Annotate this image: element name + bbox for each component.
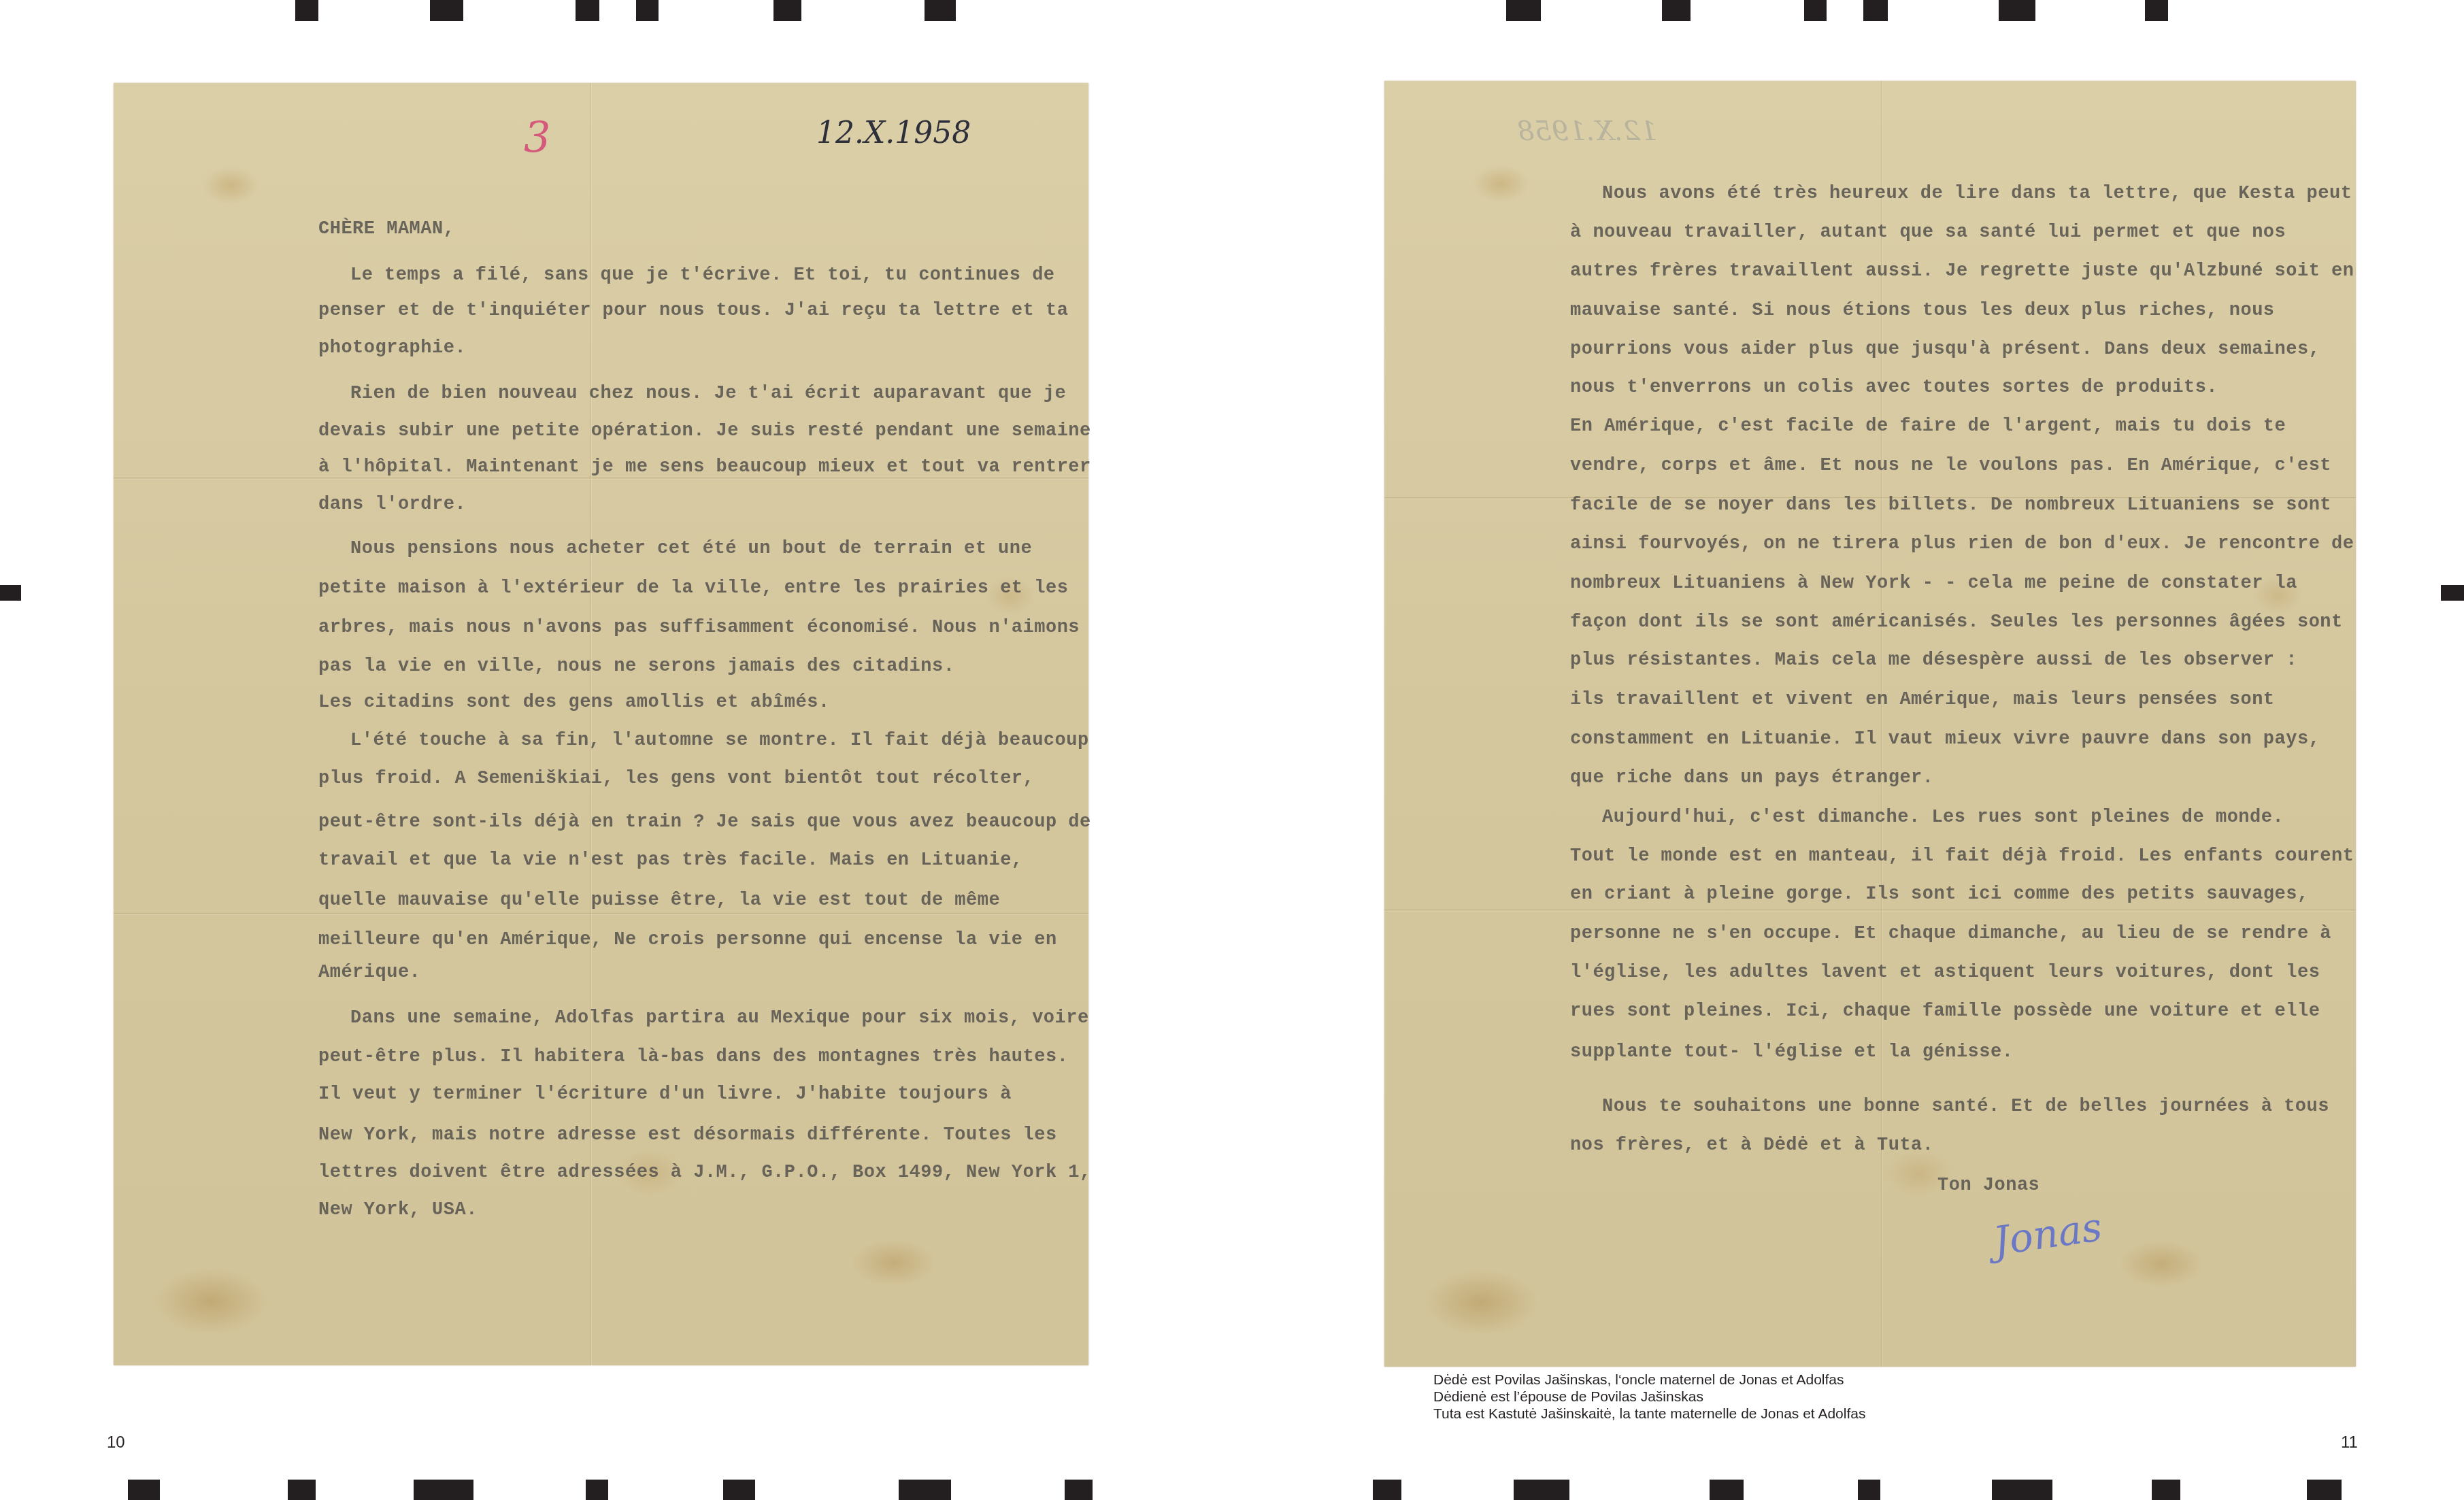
- crop-mark: [128, 1480, 160, 1500]
- crop-mark: [295, 0, 318, 21]
- letter-line: arbres, mais nous n'avons pas suffisamme…: [318, 618, 1080, 638]
- crop-mark: [1662, 0, 1691, 21]
- letter-line: Nous pensions nous acheter cet été un bo…: [350, 539, 1032, 559]
- letter-line: Les citadins sont des gens amollis et ab…: [318, 693, 830, 713]
- letter-line: Le temps a filé, sans que je t'écrive. E…: [350, 265, 1055, 286]
- letter-line: plus résistantes. Mais cela me désespère…: [1570, 650, 2297, 671]
- letter-line: New York, USA.: [318, 1200, 478, 1220]
- letter-line: ainsi fourvoyés, on ne tirera plus rien …: [1570, 534, 2354, 554]
- crop-mark: [2307, 1480, 2342, 1500]
- letter-line: quelle mauvaise qu'elle puisse être, la …: [318, 890, 1000, 911]
- letter-line: personne ne s'en occupe. Et chaque diman…: [1570, 924, 2331, 944]
- crop-mark-right: [2441, 585, 2464, 601]
- letter-line: à nouveau travailler, autant que sa sant…: [1570, 222, 2286, 243]
- letter-line: En Amérique, c'est facile de faire de l'…: [1570, 416, 2286, 437]
- letter-line: Il veut y terminer l'écriture d'un livre…: [318, 1084, 1012, 1105]
- bleed-through-date: 12.X.1958: [1517, 116, 1658, 147]
- letter-line: ils travaillent et vivent en Amérique, m…: [1570, 690, 2275, 710]
- crop-mark: [1514, 1480, 1569, 1500]
- letter-line: meilleure qu'en Amérique, Ne crois perso…: [318, 930, 1057, 950]
- letter-line: Tout le monde est en manteau, il fait dé…: [1570, 846, 2354, 867]
- letter-line: New York, mais notre adresse est désorma…: [318, 1125, 1057, 1146]
- crop-mark: [288, 1480, 316, 1500]
- letter-line: supplante tout- l'église et la génisse.: [1570, 1042, 2013, 1063]
- letter-line: Nous te souhaitons une bonne santé. Et d…: [1602, 1097, 2329, 1117]
- crop-mark: [1999, 0, 2035, 21]
- letter-closing: Ton Jonas: [1937, 1176, 2040, 1196]
- crop-mark: [899, 1480, 951, 1500]
- crop-mark: [1710, 1480, 1744, 1500]
- letter-line: penser et de t'inquiéter pour nous tous.…: [318, 301, 1068, 321]
- footnote: Dėdienė est l’épouse de Povilas Jašinska…: [1433, 1388, 1865, 1405]
- letter-line: vendre, corps et âme. Et nous ne le voul…: [1570, 456, 2331, 476]
- crop-mark: [1863, 0, 1888, 21]
- letter-line: Dans une semaine, Adolfas partira au Mex…: [350, 1008, 1089, 1029]
- crop-mark: [1858, 1480, 1880, 1500]
- letter-line: l'église, les adultes lavent et astiquen…: [1570, 963, 2320, 983]
- letter-line: petite maison à l'extérieur de la ville,…: [318, 578, 1068, 599]
- crop-mark: [1992, 1480, 2052, 1500]
- footnote: Dėdė est Povilas Jašinskas, l‘oncle mate…: [1433, 1371, 1865, 1388]
- letter-line: rues sont pleines. Ici, chaque famille p…: [1570, 1001, 2320, 1022]
- letter-line: peut-être plus. Il habitera là-bas dans …: [318, 1047, 1068, 1067]
- letter-line: peut-être sont-ils déjà en train ? Je sa…: [318, 812, 1091, 833]
- letter-line: autres frères travaillent aussi. Je regr…: [1570, 261, 2354, 282]
- letter-line: pourrions vous aider plus que jusqu'à pr…: [1570, 339, 2320, 360]
- letter-line: mauvaise santé. Si nous étions tous les …: [1570, 301, 2275, 321]
- crop-mark: [414, 1480, 473, 1500]
- letter-line: pas la vie en ville, nous ne serons jama…: [318, 656, 954, 677]
- letter-line: Rien de bien nouveau chez nous. Je t'ai …: [350, 384, 1066, 404]
- letter-line: constamment en Lituanie. Il vaut mieux v…: [1570, 729, 2320, 750]
- letter-line: facile de se noyer dans les billets. De …: [1570, 495, 2331, 516]
- letter-salutation: CHÈRE MAMAN,: [318, 219, 454, 239]
- handwritten-date: 12.X.1958: [816, 116, 971, 150]
- letter-line: nos frères, et à Dėdė et à Tuta.: [1570, 1135, 1933, 1156]
- letter-line: nombreux Lituaniens à New York - - cela …: [1570, 573, 2297, 594]
- letter-line: lettres doivent être adressées à J.M., G…: [318, 1163, 1091, 1183]
- crop-mark: [1804, 0, 1827, 21]
- letter-line: Amérique.: [318, 963, 420, 983]
- crop-mark: [1506, 0, 1541, 21]
- letter-line: photographie.: [318, 338, 466, 359]
- crop-mark: [1373, 1480, 1401, 1500]
- crop-mark: [636, 0, 659, 21]
- crop-mark: [2152, 1480, 2180, 1500]
- paper-fold: [1384, 910, 2356, 912]
- letter-line: que riche dans un pays étranger.: [1570, 768, 1933, 788]
- crop-mark-left: [0, 585, 21, 601]
- letter-line: L'été touche à sa fin, l'automne se mont…: [350, 731, 1089, 751]
- page-number-right: 11: [2341, 1433, 2358, 1452]
- footnote: Tuta est Kastutė Jašinskaitė, la tante m…: [1433, 1405, 1865, 1422]
- letter-line: plus froid. A Semeniškiai, les gens vont…: [318, 769, 1034, 789]
- paper-fold: [114, 478, 1088, 480]
- crop-mark: [2145, 0, 2168, 21]
- page-number-left: 10: [107, 1433, 125, 1452]
- crop-mark: [576, 0, 599, 21]
- handwritten-ordinal: 3: [524, 112, 550, 162]
- crop-mark: [773, 0, 801, 21]
- crop-mark: [1065, 1480, 1093, 1500]
- letter-line: devais subir une petite opération. Je su…: [318, 421, 1091, 441]
- letter-line: travail et que la vie n'est pas très fac…: [318, 850, 1023, 871]
- crop-mark: [586, 1480, 608, 1500]
- paper-fold: [114, 913, 1088, 915]
- footnotes: Dėdė est Povilas Jašinskas, l‘oncle mate…: [1433, 1371, 1865, 1422]
- letter-line: dans l'ordre.: [318, 495, 466, 515]
- letter-line: nous t'enverrons un colis avec toutes so…: [1570, 378, 2218, 398]
- letter-line: Aujourd'hui, c'est dimanche. Les rues so…: [1602, 807, 2284, 828]
- crop-mark: [723, 1480, 755, 1500]
- letter-line: à l'hôpital. Maintenant je me sens beauc…: [318, 457, 1091, 478]
- letter-line: façon dont ils se sont américanisés. Seu…: [1570, 612, 2343, 633]
- letter-line: Nous avons été très heureux de lire dans…: [1602, 184, 2352, 204]
- crop-mark: [925, 0, 956, 21]
- crop-mark: [430, 0, 463, 21]
- letter-line: en criant à pleine gorge. Ils sont ici c…: [1570, 884, 2309, 905]
